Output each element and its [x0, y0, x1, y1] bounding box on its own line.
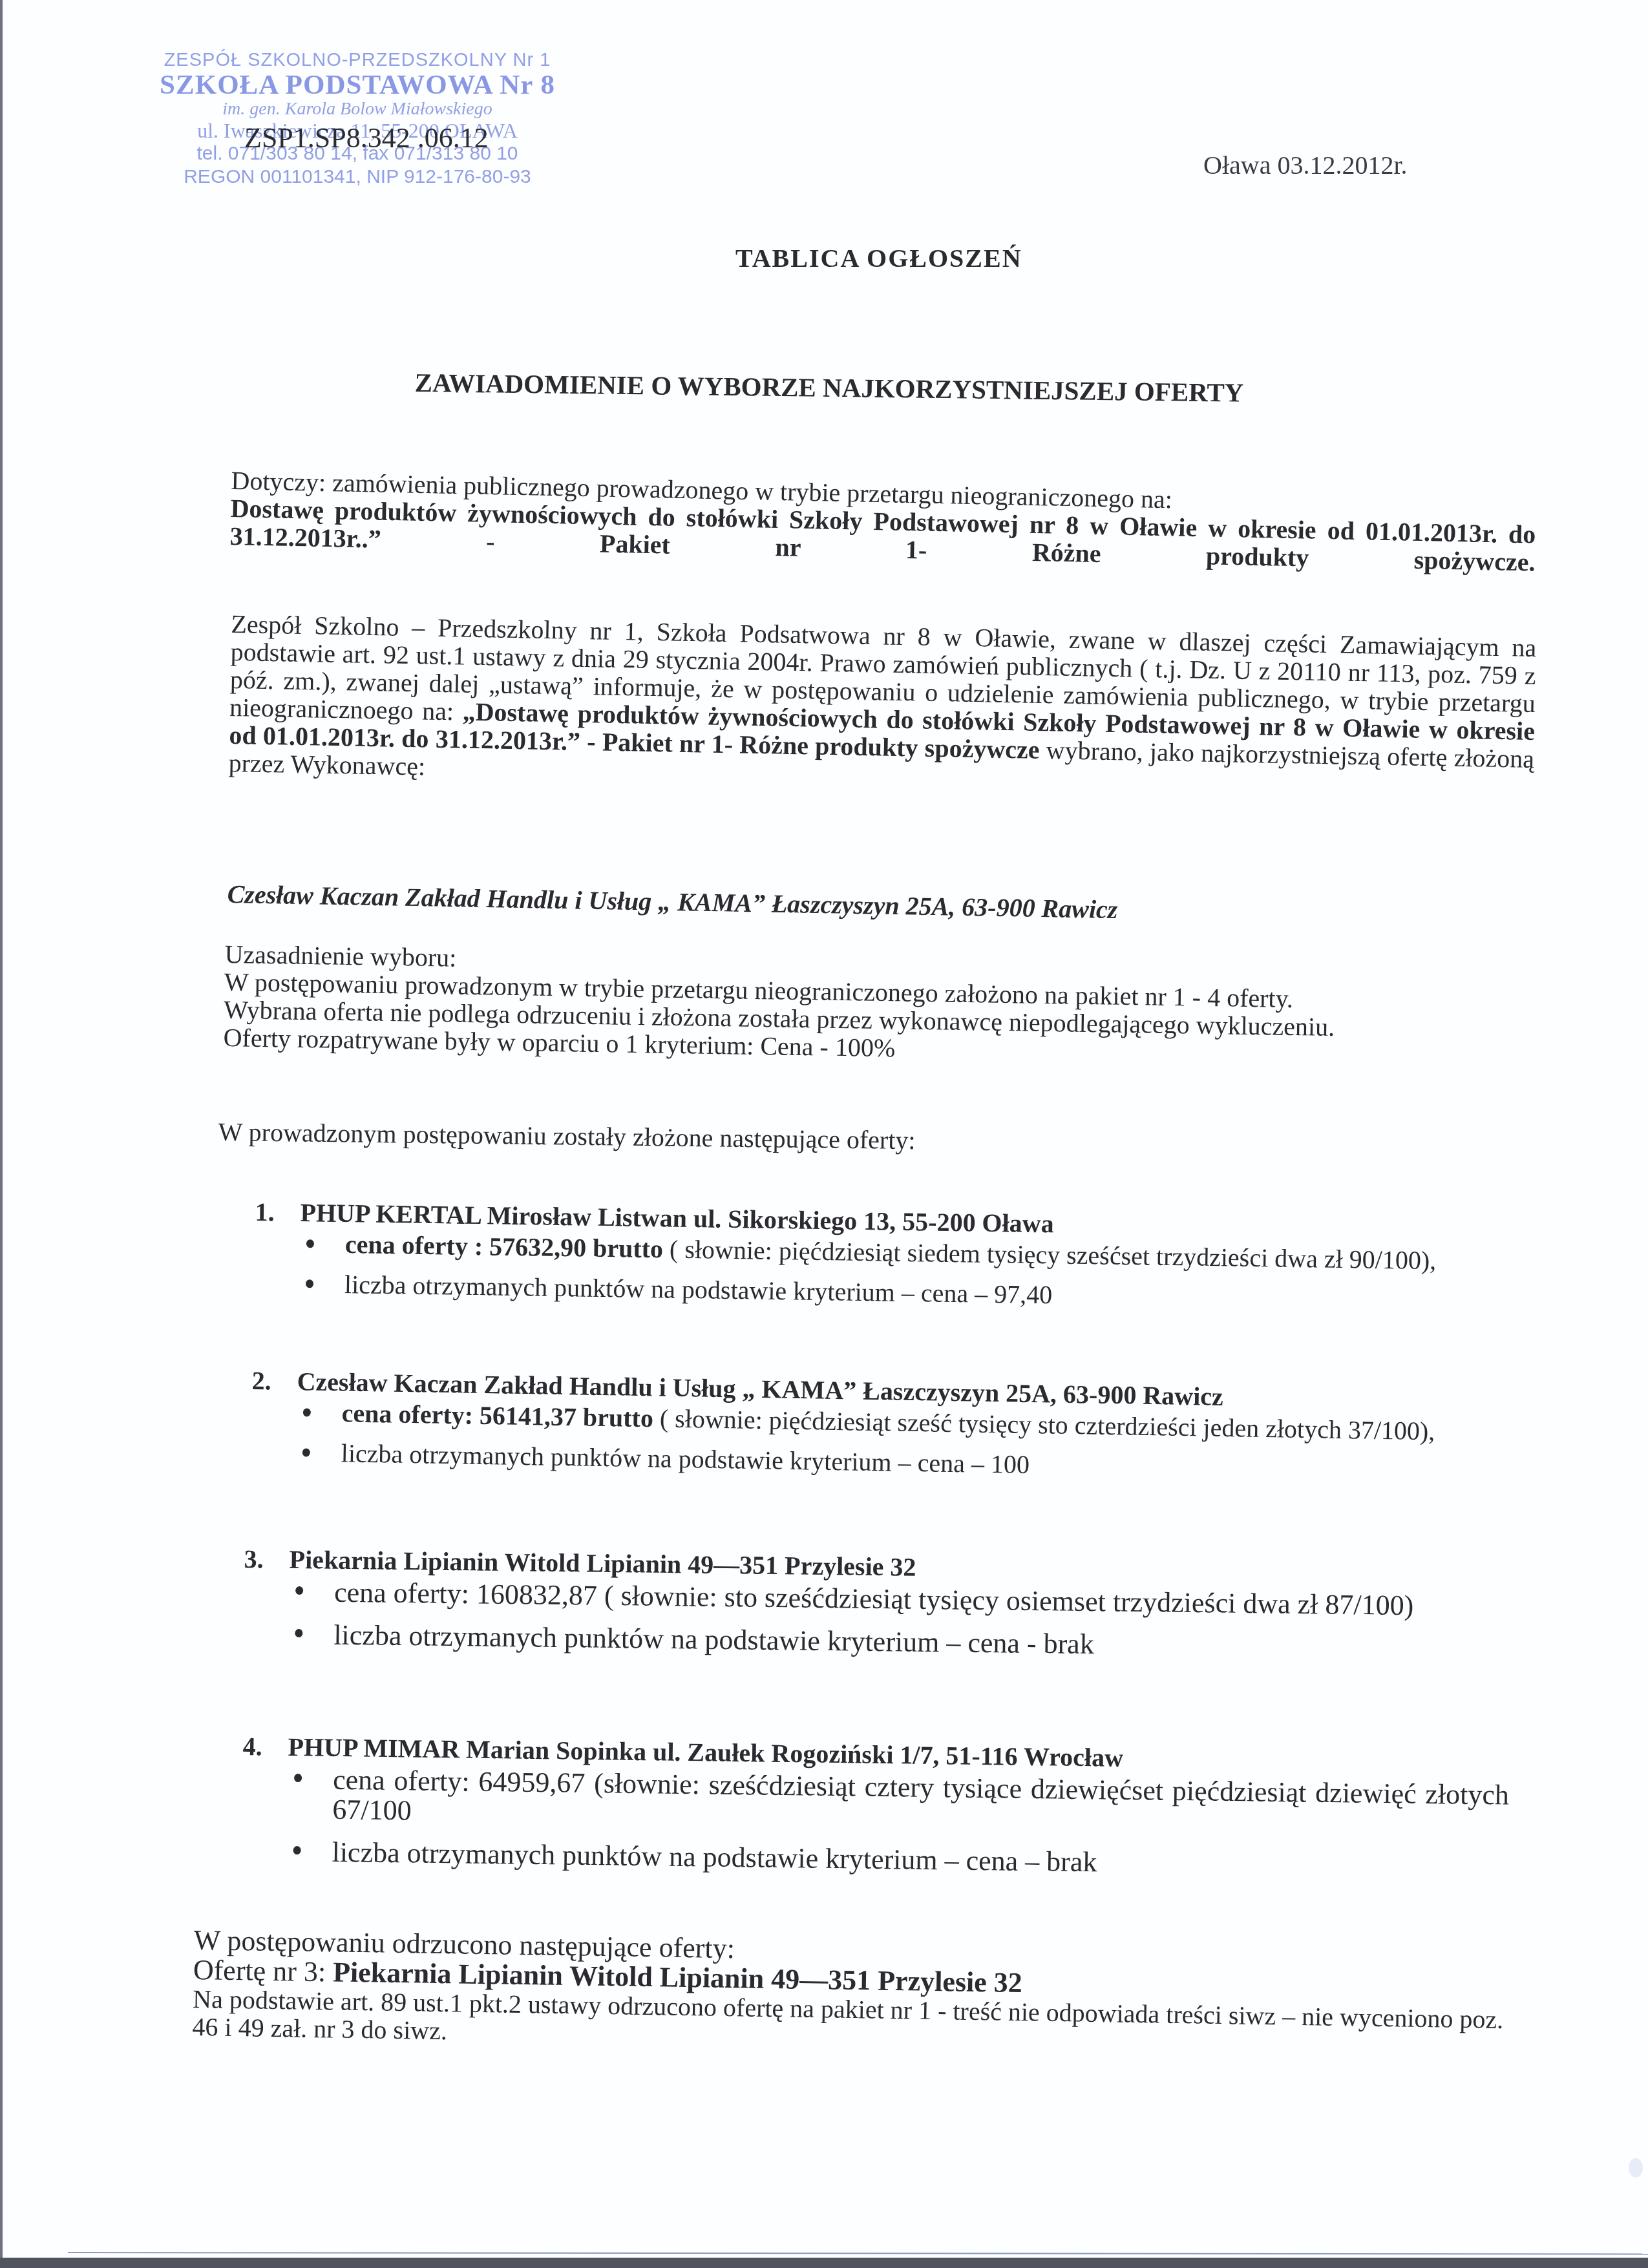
offer-points: liczba otrzymanych punktów na podstawie … [288, 1620, 1510, 1664]
offer-number: 3. [244, 1546, 290, 1573]
bullet-icon [287, 1837, 313, 1838]
school-stamp: ZESPÓŁ SZKOLNO-PRZEDSZKOLNY Nr 1 SZKOŁA … [134, 49, 580, 189]
offer-number: 1. [255, 1199, 301, 1226]
offer-points: liczba otrzymanych punktów na podstawie … [295, 1439, 1517, 1486]
scanned-page: ZESPÓŁ SZKOLNO-PRZEDSZKOLNY Nr 1 SZKOŁA … [0, 0, 1648, 2268]
offer-points: liczba otrzymanych punktów na podstawie … [286, 1837, 1508, 1883]
place-and-date: Oława 03.12.2012r. [1203, 150, 1408, 180]
reference-number: ZSP1.SP8.342 .06.12 [244, 121, 489, 154]
subject-section: Dotyczy: zamówienia publicznego prowadzo… [229, 467, 1536, 576]
stamp-line-6: REGON 001101341, NIP 912-176-80-93 [134, 165, 580, 189]
offer-number: 2. [251, 1367, 297, 1395]
bullet-icon [288, 1765, 313, 1765]
bullet-icon [296, 1439, 322, 1440]
offer-bidder: Piekarnia Lipianin Witold Lipianin 49—35… [289, 1545, 916, 1582]
document-subtitle: ZAWIADOMIENIE O WYBORZE NAJKORZYSTNIEJSZ… [414, 367, 1243, 408]
offer-number: 4. [242, 1733, 288, 1761]
scan-artifact [1629, 2158, 1643, 2178]
stamp-line-2: SZKOŁA PODSTAWOWA Nr 8 [134, 71, 580, 100]
bullet-icon [299, 1270, 325, 1271]
offer-item: 2.Czesław Kaczan Zakład Handlu i Usług „… [250, 1367, 1519, 1499]
offer-points: liczba otrzymanych punktów na podstawie … [299, 1270, 1521, 1316]
offer-item: 3.Piekarnia Lipianin Witold Lipianin 49—… [243, 1546, 1511, 1677]
stamp-line-1: ZESPÓŁ SZKOLNO-PRZEDSZKOLNY Nr 1 [134, 49, 580, 71]
winning-bidder: Czesław Kaczan Zakład Handlu i Usług „ K… [227, 880, 1532, 930]
page-bottom-line [68, 2252, 1648, 2255]
rejected-section: W postępowaniu odrzucono następujące ofe… [192, 1926, 1525, 2061]
justification-section: Uzasadnienie wyboru: W postępowaniu prow… [223, 940, 1536, 1072]
document-title: TABLICA OGŁOSZEŃ [735, 243, 1022, 273]
scan-bottom-edge [0, 2258, 1648, 2268]
offer-price: cena oferty: 64959,67 (słownie: sześćdzi… [287, 1765, 1509, 1840]
scan-left-edge [0, 0, 3, 2268]
bullet-icon [300, 1230, 326, 1231]
announcement-paragraph: Zespół Szkolno – Przedszkolny nr 1, Szko… [228, 610, 1536, 801]
stamp-line-3: im. gen. Karola Bolow Miałowskiego [134, 100, 580, 119]
bullet-icon [297, 1399, 322, 1400]
offer-item: 1.PHUP KERTAL Mirosław Listwan ul. Sikor… [253, 1199, 1521, 1328]
offer-item: 4.PHUP MIMAR Marian Sopinka ul. Zaułek R… [241, 1733, 1510, 1896]
offers-intro: W prowadzonym postępowaniu zostały złożo… [218, 1118, 1523, 1162]
